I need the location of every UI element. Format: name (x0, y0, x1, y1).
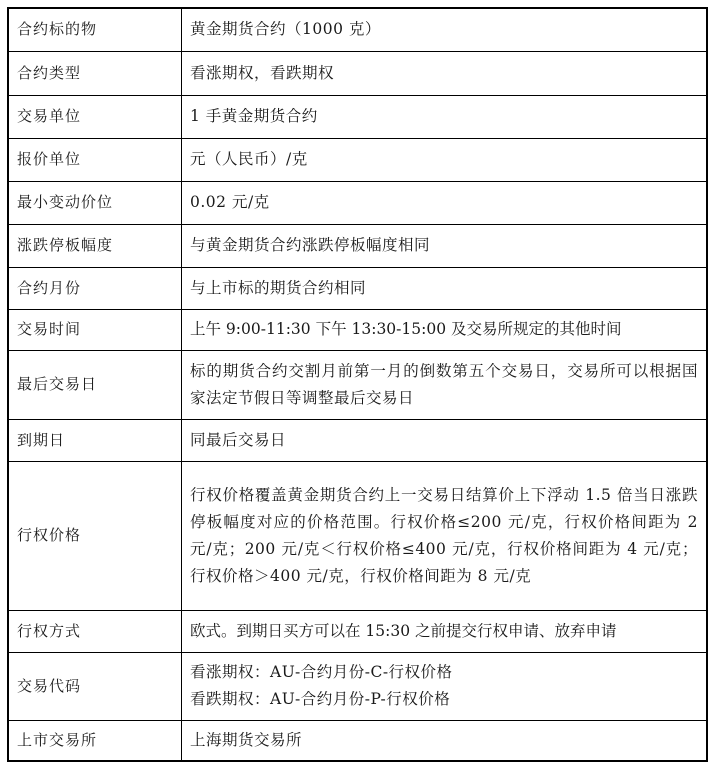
table-row-underlying: 合约标的物 黄金期货合约（1000 克） (8, 8, 707, 51)
row-label: 最小变动价位 (8, 181, 182, 224)
row-label: 合约标的物 (8, 8, 182, 51)
table-row-expiration-day: 到期日 同最后交易日 (8, 419, 707, 461)
row-value: 看涨期权：AU-合约月份-C-行权价格 看跌期权：AU-合约月份-P-行权价格 (182, 652, 708, 720)
row-label: 到期日 (8, 419, 182, 461)
row-value: 与黄金期货合约涨跌停板幅度相同 (182, 224, 708, 267)
row-value: 0.02 元/克 (182, 181, 708, 224)
table-row-tick-size: 最小变动价位 0.02 元/克 (8, 181, 707, 224)
row-value: 行权价格覆盖黄金期货合约上一交易日结算价上下浮动 1.5 倍当日涨跌停板幅度对应… (182, 461, 708, 610)
table-row-listing-exchange: 上市交易所 上海期货交易所 (8, 720, 707, 761)
table-row-trading-unit: 交易单位 1 手黄金期货合约 (8, 95, 707, 138)
table-row-contract-type: 合约类型 看涨期权，看跌期权 (8, 51, 707, 95)
table-row-trading-code: 交易代码 看涨期权：AU-合约月份-C-行权价格 看跌期权：AU-合约月份-P-… (8, 652, 707, 720)
row-value: 与上市标的期货合约相同 (182, 267, 708, 309)
table-row-trading-hours: 交易时间 上午 9:00-11:30 下午 13:30-15:00 及交易所规定… (8, 309, 707, 350)
row-label: 合约类型 (8, 51, 182, 95)
row-label: 上市交易所 (8, 720, 182, 761)
row-value: 同最后交易日 (182, 419, 708, 461)
row-value: 上海期货交易所 (182, 720, 708, 761)
table-row-strike-price: 行权价格 行权价格覆盖黄金期货合约上一交易日结算价上下浮动 1.5 倍当日涨跌停… (8, 461, 707, 610)
table-row-contract-month: 合约月份 与上市标的期货合约相同 (8, 267, 707, 309)
table-row-exercise-style: 行权方式 欧式。到期日买方可以在 15:30 之前提交行权申请、放弃申请 (8, 610, 707, 652)
row-label: 交易代码 (8, 652, 182, 720)
gold-options-contract-spec-table: 合约标的物 黄金期货合约（1000 克） 合约类型 看涨期权，看跌期权 交易单位… (7, 7, 708, 762)
row-label: 行权方式 (8, 610, 182, 652)
row-value: 欧式。到期日买方可以在 15:30 之前提交行权申请、放弃申请 (182, 610, 708, 652)
put-option-code: 看跌期权：AU-合约月份-P-行权价格 (190, 686, 698, 713)
row-value: 标的期货合约交割月前第一月的倒数第五个交易日，交易所可以根据国家法定节假日等调整… (182, 350, 708, 419)
row-label: 报价单位 (8, 138, 182, 181)
row-label: 合约月份 (8, 267, 182, 309)
row-label: 涨跌停板幅度 (8, 224, 182, 267)
row-value: 上午 9:00-11:30 下午 13:30-15:00 及交易所规定的其他时间 (182, 309, 708, 350)
row-value: 1 手黄金期货合约 (182, 95, 708, 138)
row-value: 元（人民币）/克 (182, 138, 708, 181)
row-label: 交易时间 (8, 309, 182, 350)
table-row-price-limit: 涨跌停板幅度 与黄金期货合约涨跌停板幅度相同 (8, 224, 707, 267)
row-label: 行权价格 (8, 461, 182, 610)
row-value: 黄金期货合约（1000 克） (182, 8, 708, 51)
row-value: 看涨期权，看跌期权 (182, 51, 708, 95)
row-label: 最后交易日 (8, 350, 182, 419)
call-option-code: 看涨期权：AU-合约月份-C-行权价格 (190, 659, 698, 686)
table-row-last-trading-day: 最后交易日 标的期货合约交割月前第一月的倒数第五个交易日，交易所可以根据国家法定… (8, 350, 707, 419)
row-label: 交易单位 (8, 95, 182, 138)
table-row-quote-unit: 报价单位 元（人民币）/克 (8, 138, 707, 181)
